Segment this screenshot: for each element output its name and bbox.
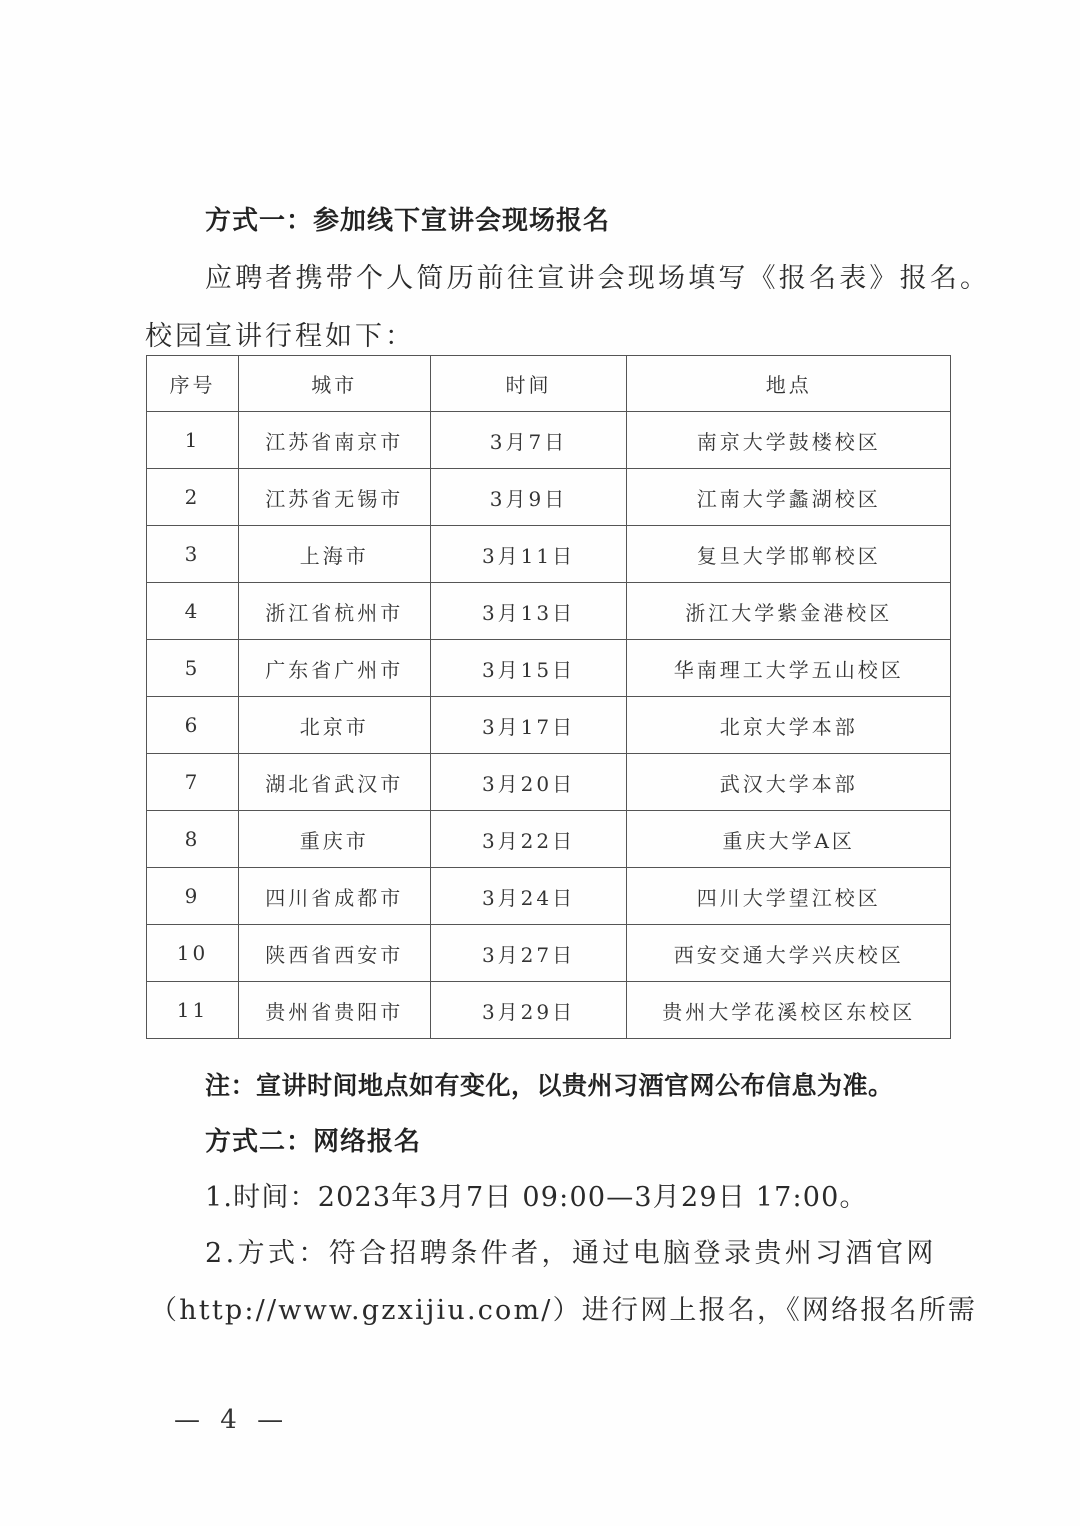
page-number: — 4 — bbox=[174, 1402, 289, 1438]
cell-number: 3 bbox=[147, 526, 239, 583]
table-row: 4 浙江省杭州市 3月13日 浙江大学紫金港校区 bbox=[147, 583, 951, 640]
table-row: 9 四川省成都市 3月24日 四川大学望江校区 bbox=[147, 868, 951, 925]
cell-number: 10 bbox=[147, 925, 239, 982]
header-time: 时间 bbox=[430, 356, 627, 412]
header-location: 地点 bbox=[627, 356, 951, 412]
cell-city: 北京市 bbox=[238, 697, 430, 754]
cell-number: 2 bbox=[147, 469, 239, 526]
cell-date: 3月24日 bbox=[430, 868, 627, 925]
cell-date: 3月17日 bbox=[430, 697, 627, 754]
cell-number: 6 bbox=[147, 697, 239, 754]
registration-time: 1.时间：2023年3月7日 09:00—3月29日 17:00。 bbox=[205, 1180, 868, 1216]
registration-method: 2.方式：符合招聘条件者，通过电脑登录贵州习酒官网 bbox=[205, 1236, 937, 1272]
cell-city: 浙江省杭州市 bbox=[238, 583, 430, 640]
cell-city: 重庆市 bbox=[238, 811, 430, 868]
cell-number: 8 bbox=[147, 811, 239, 868]
table-row: 10 陕西省西安市 3月27日 西安交通大学兴庆校区 bbox=[147, 925, 951, 982]
cell-city: 上海市 bbox=[238, 526, 430, 583]
cell-location: 武汉大学本部 bbox=[627, 754, 951, 811]
cell-location: 西安交通大学兴庆校区 bbox=[627, 925, 951, 982]
cell-date: 3月13日 bbox=[430, 583, 627, 640]
cell-location: 重庆大学A区 bbox=[627, 811, 951, 868]
cell-location: 南京大学鼓楼校区 bbox=[627, 412, 951, 469]
cell-number: 7 bbox=[147, 754, 239, 811]
table-row: 8 重庆市 3月22日 重庆大学A区 bbox=[147, 811, 951, 868]
intro-paragraph: 应聘者携带个人简历前往宣讲会现场填写《报名表》报名。 bbox=[205, 261, 990, 297]
document-page: 方式一：参加线下宣讲会现场报名 应聘者携带个人简历前往宣讲会现场填写《报名表》报… bbox=[0, 0, 1080, 1526]
header-city: 城市 bbox=[238, 356, 430, 412]
cell-date: 3月27日 bbox=[430, 925, 627, 982]
cell-city: 贵州省贵阳市 bbox=[238, 982, 430, 1039]
cell-city: 陕西省西安市 bbox=[238, 925, 430, 982]
cell-city: 广东省广州市 bbox=[238, 640, 430, 697]
cell-city: 江苏省南京市 bbox=[238, 412, 430, 469]
cell-date: 3月20日 bbox=[430, 754, 627, 811]
table-row: 3 上海市 3月11日 复旦大学邯郸校区 bbox=[147, 526, 951, 583]
table-row: 11 贵州省贵阳市 3月29日 贵州大学花溪校区东校区 bbox=[147, 982, 951, 1039]
table-row: 1 江苏省南京市 3月7日 南京大学鼓楼校区 bbox=[147, 412, 951, 469]
table-row: 5 广东省广州市 3月15日 华南理工大学五山校区 bbox=[147, 640, 951, 697]
cell-location: 四川大学望江校区 bbox=[627, 868, 951, 925]
cell-number: 5 bbox=[147, 640, 239, 697]
cell-location: 浙江大学紫金港校区 bbox=[627, 583, 951, 640]
table-row: 6 北京市 3月17日 北京大学本部 bbox=[147, 697, 951, 754]
cell-city: 江苏省无锡市 bbox=[238, 469, 430, 526]
cell-location: 江南大学蠡湖校区 bbox=[627, 469, 951, 526]
method-two-heading: 方式二：网络报名 bbox=[205, 1124, 421, 1160]
cell-number: 1 bbox=[147, 412, 239, 469]
cell-number: 11 bbox=[147, 982, 239, 1039]
cell-number: 9 bbox=[147, 868, 239, 925]
table-row: 7 湖北省武汉市 3月20日 武汉大学本部 bbox=[147, 754, 951, 811]
cell-city: 四川省成都市 bbox=[238, 868, 430, 925]
cell-location: 贵州大学花溪校区东校区 bbox=[627, 982, 951, 1039]
method-one-heading: 方式一：参加线下宣讲会现场报名 bbox=[205, 203, 610, 239]
cell-date: 3月9日 bbox=[430, 469, 627, 526]
cell-location: 复旦大学邯郸校区 bbox=[627, 526, 951, 583]
table-row: 2 江苏省无锡市 3月9日 江南大学蠡湖校区 bbox=[147, 469, 951, 526]
cell-date: 3月7日 bbox=[430, 412, 627, 469]
cell-location: 华南理工大学五山校区 bbox=[627, 640, 951, 697]
schedule-intro: 校园宣讲行程如下： bbox=[145, 319, 415, 355]
registration-url-line: （http://www.gzxijiu.com/）进行网上报名，《网络报名所需 bbox=[150, 1293, 977, 1329]
cell-date: 3月29日 bbox=[430, 982, 627, 1039]
cell-date: 3月22日 bbox=[430, 811, 627, 868]
cell-number: 4 bbox=[147, 583, 239, 640]
header-number: 序号 bbox=[147, 356, 239, 412]
cell-date: 3月15日 bbox=[430, 640, 627, 697]
campus-tour-schedule-table: 序号 城市 时间 地点 1 江苏省南京市 3月7日 南京大学鼓楼校区 2 江苏省… bbox=[146, 355, 951, 1039]
cell-location: 北京大学本部 bbox=[627, 697, 951, 754]
cell-city: 湖北省武汉市 bbox=[238, 754, 430, 811]
cell-date: 3月11日 bbox=[430, 526, 627, 583]
schedule-change-note: 注：宣讲时间地点如有变化，以贵州习酒官网公布信息为准。 bbox=[205, 1068, 894, 1104]
table-header-row: 序号 城市 时间 地点 bbox=[147, 356, 951, 412]
